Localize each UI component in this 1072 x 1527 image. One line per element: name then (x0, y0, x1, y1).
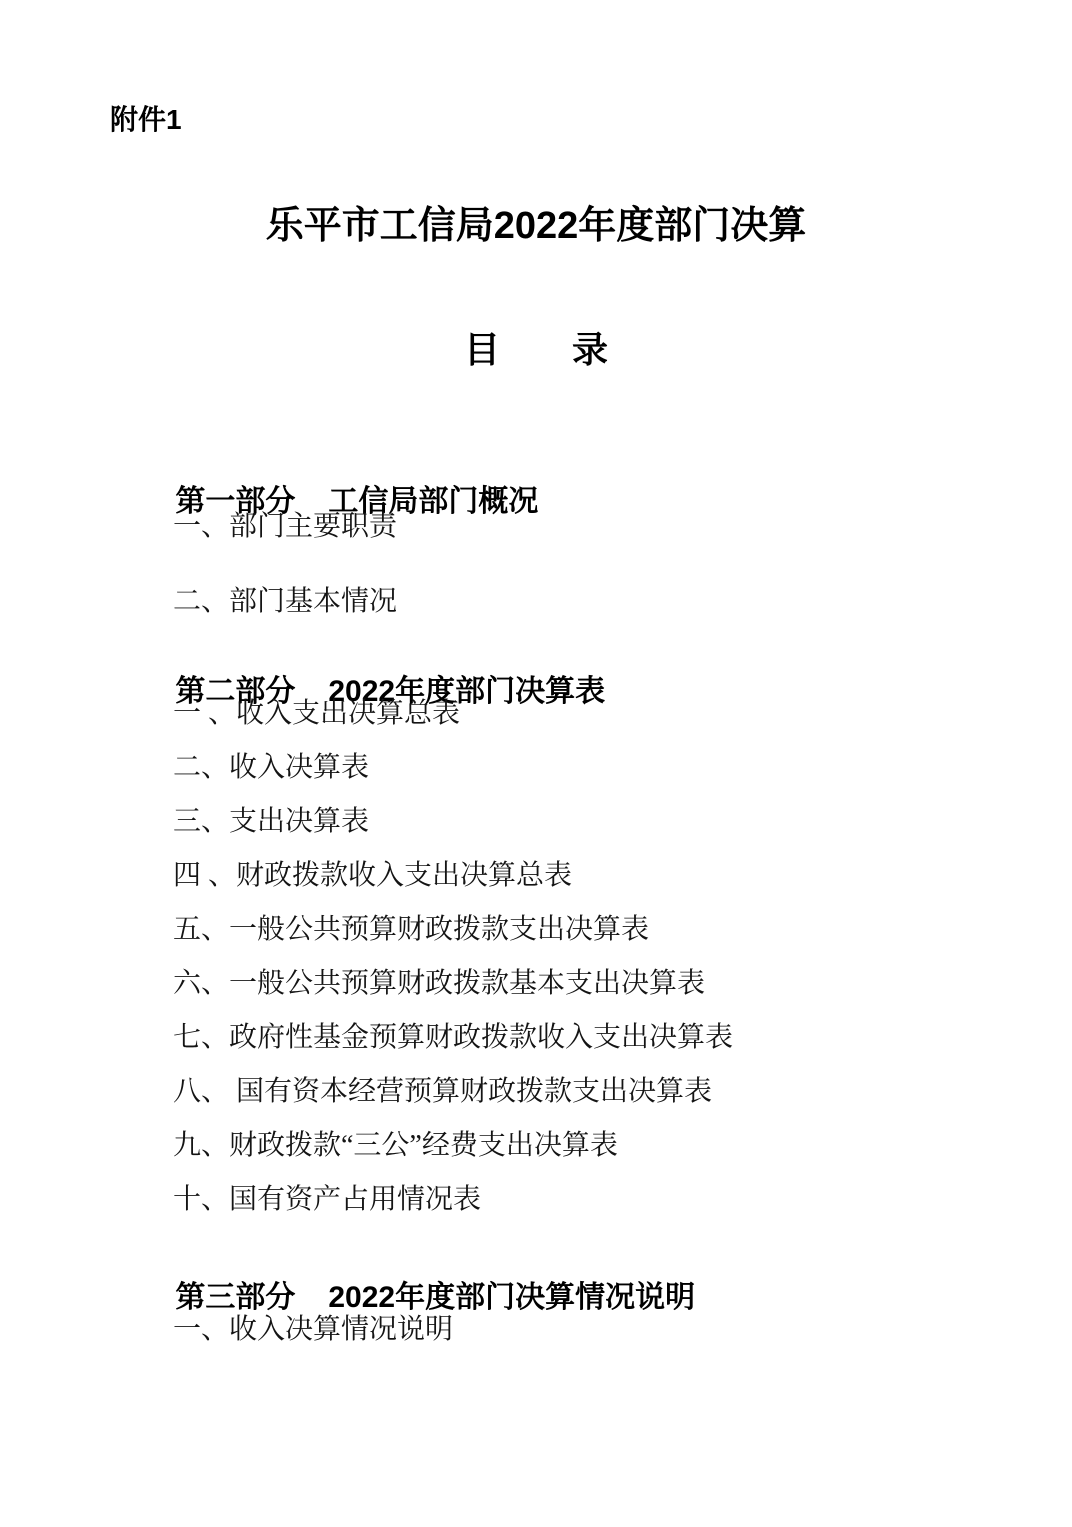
toc-entry: 八、 国有资本经营预算财政拨款支出决算表 (173, 1077, 712, 1108)
toc-entry: 五、一般公共预算财政拨款支出决算表 (173, 915, 649, 946)
section-number: 第三部分 (175, 1281, 295, 1314)
toc-entry: 二、部门基本情况 (173, 587, 397, 618)
toc-entry: 九、财政拨款“三公”经费支出决算表 (173, 1131, 618, 1162)
toc-entry: 七、政府性基金预算财政拨款收入支出决算表 (173, 1023, 733, 1054)
document-title: 乐平市工信局2022年度部门决算 (0, 206, 1072, 248)
toc-entry: 三、支出决算表 (173, 807, 369, 838)
toc-entry: 四 、财政拨款收入支出决算总表 (173, 861, 572, 892)
toc-entry: 二、收入决算表 (173, 753, 369, 784)
toc-entry: 一 、收入支出决算总表 (173, 699, 460, 730)
document-page: 附件1 乐平市工信局2022年度部门决算 目 录 第一部分工信局部门概况 一、部… (0, 0, 1072, 1527)
toc-entry: 一、部门主要职责 (173, 512, 397, 543)
toc-entry: 十、国有资产占用情况表 (173, 1185, 481, 1216)
toc-entry: 六、一般公共预算财政拨款基本支出决算表 (173, 969, 705, 1000)
attachment-label: 附件1 (110, 105, 182, 136)
section-title: 2022年度部门决算情况说明 (328, 1281, 695, 1314)
toc-title: 目 录 (0, 330, 1072, 370)
toc-entry: 一、收入决算情况说明 (173, 1315, 453, 1346)
